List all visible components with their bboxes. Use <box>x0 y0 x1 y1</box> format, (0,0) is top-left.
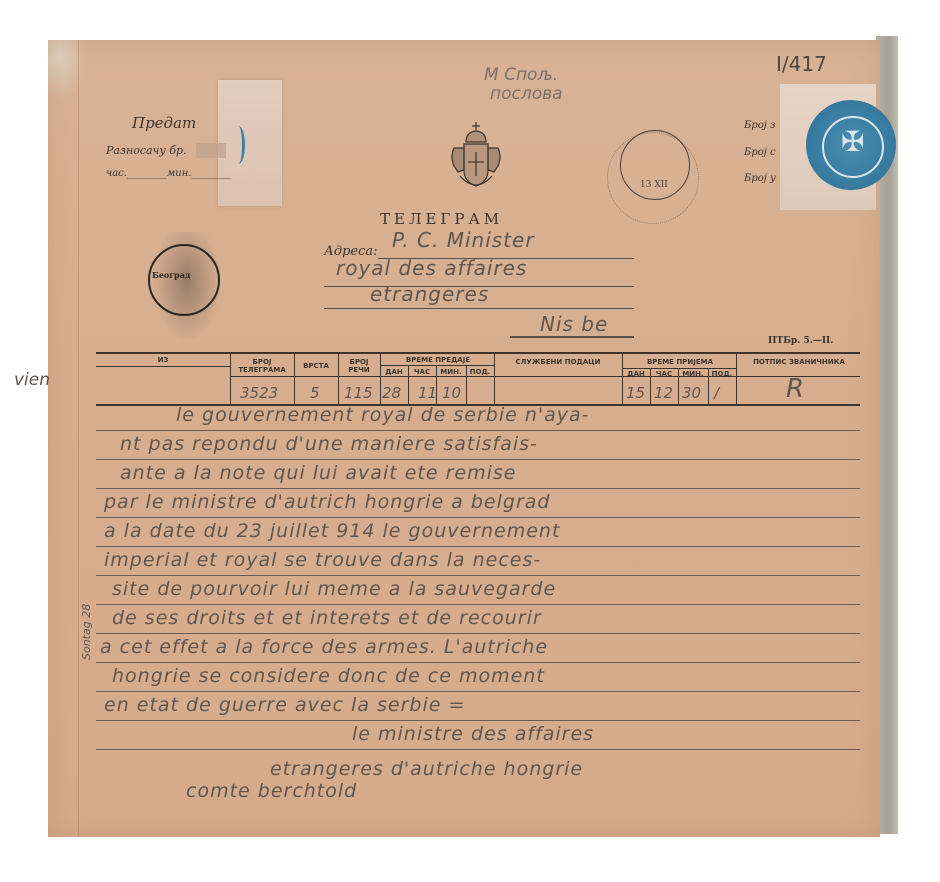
form-code: ПТБр. 5.—II. <box>768 336 833 346</box>
header-vrsta: ВРСТА <box>296 362 336 370</box>
header-prijema-pod: ПОД. <box>708 370 736 378</box>
body-rule <box>96 691 860 692</box>
header-sluzbeni-podaci: СЛУЖБЕНИ ПОДАЦИ <box>496 358 620 366</box>
address-line-4: Nis be <box>540 312 608 336</box>
col-divider <box>294 354 295 404</box>
body-line: imperial et royal se trouve dans la nece… <box>104 549 541 571</box>
fold-line <box>78 40 79 837</box>
pencil-note: М Спољ. послова <box>484 66 563 104</box>
value-prijema-dan: 15 <box>626 384 645 402</box>
pencil-note-line: послова <box>484 85 563 104</box>
table-rule <box>622 368 736 369</box>
body-line-signature-3: comte berchtold <box>186 780 357 802</box>
body-rule <box>96 662 860 663</box>
col-divider <box>230 354 231 404</box>
document-title: ТЕЛЕГРАМ <box>380 210 503 228</box>
value-predaje-min: 10 <box>442 384 461 402</box>
body-line: par le ministre d'autrich hongrie a belg… <box>104 491 550 513</box>
value-predaje-cas: 11 <box>418 384 437 402</box>
seal-fragment-icon <box>232 126 245 164</box>
postmark-date: 13 XII <box>640 180 668 190</box>
postmark-belgrade <box>148 244 220 316</box>
label-time-fields: час.________мин.________ <box>106 168 231 179</box>
postmark-belgrade-text: Београд <box>152 270 190 280</box>
header-broj-reci: БРОЈ РЕЧИ <box>340 358 378 374</box>
body-line: en etat de guerre avec la serbie = <box>104 694 465 716</box>
archive-ref: I/417 <box>776 52 827 76</box>
body-line: a cet effet a la force des armes. L'autr… <box>100 636 548 658</box>
table-rule <box>96 366 230 367</box>
body-line: ante a la note qui lui avait ete remise <box>120 462 516 484</box>
header-potpis: ПОТПИС ЗВАНИЧНИКА <box>738 358 860 366</box>
header-predaje-min: МИН. <box>436 368 466 376</box>
body-rule <box>96 517 860 518</box>
label-raznosacu: Разносачу бр. <box>106 144 187 157</box>
value-potpis: R <box>786 374 804 404</box>
header-vreme-predaje: ВРЕМЕ ПРЕДАЈЕ <box>382 356 494 364</box>
label-predat: Предат <box>132 114 196 132</box>
margin-note: Sontag 28 <box>80 604 93 660</box>
value-prijema-cas: 12 <box>654 384 673 402</box>
header-predaje-pod: ПОД. <box>466 368 494 376</box>
value-iz: vien <box>14 370 50 390</box>
col-divider <box>380 354 381 404</box>
body-rule <box>96 430 860 431</box>
body-line-signature-2: etrangeres d'autriche hongrie <box>270 758 583 780</box>
value-broj-telegrama: 3523 <box>240 384 278 402</box>
body-line: de ses droits et et interets et de recou… <box>112 607 542 629</box>
body-rule <box>96 720 860 721</box>
table-rule <box>230 376 860 377</box>
value-predaje-dan: 28 <box>382 384 401 402</box>
seal-cross-icon: ✠ <box>841 125 864 158</box>
value-prijema-min: 30 <box>682 384 701 402</box>
revenue-stamp-left <box>218 80 282 206</box>
body-line: le gouvernement royal de serbie n'aya- <box>176 404 590 426</box>
header-iz: ИЗ <box>96 356 230 364</box>
body-line-signature-1: le ministre des affaires <box>352 723 594 745</box>
label-broj-3: Број у <box>744 173 776 184</box>
transmission-table: ИЗ БРОЈ ТЕЛЕГРАМА ВРСТА БРОЈ РЕЧИ ВРЕМЕ … <box>96 352 860 406</box>
header-prijema-min: МИН. <box>678 370 708 378</box>
pencil-note-line: М Спољ. <box>484 66 563 85</box>
col-divider <box>622 354 623 404</box>
label-broj-2: Број с <box>744 147 776 158</box>
body-line: site de pourvoir lui meme a la sauvegard… <box>112 578 556 600</box>
label-broj-1: Број з <box>744 120 776 131</box>
header-predaje-dan: ДАН <box>380 368 408 376</box>
raznosacu-box <box>196 143 226 158</box>
coat-of-arms-icon <box>446 120 506 200</box>
body-line: a la date du 23 juillet 914 le gouvernem… <box>104 520 560 542</box>
header-prijema-cas: ЧАС <box>650 370 678 378</box>
body-rule <box>96 488 860 489</box>
body-rule <box>96 459 860 460</box>
header-broj-telegrama: БРОЈ ТЕЛЕГРАМА <box>232 358 292 374</box>
body-rule <box>96 604 860 605</box>
value-broj-reci: 115 <box>344 384 373 402</box>
body-rule <box>96 575 860 576</box>
body-line: hongrie se considere donc de ce moment <box>112 665 545 687</box>
address-line-2: royal des affaires <box>336 256 527 280</box>
value-prijema-pod: / <box>714 384 719 402</box>
header-predaje-cas: ЧАС <box>408 368 436 376</box>
col-divider <box>494 354 495 404</box>
body-rule <box>96 546 860 547</box>
col-divider <box>736 354 737 404</box>
body-line: nt pas repondu d'une maniere satisfais- <box>120 433 538 455</box>
address-rule <box>324 308 634 309</box>
address-line-3: etrangeres <box>370 282 489 306</box>
address-rule <box>510 336 634 338</box>
header-prijema-dan: ДАН <box>622 370 650 378</box>
header-vreme-prijema: ВРЕМЕ ПРИЈЕМА <box>624 358 736 366</box>
body-rule <box>96 749 860 750</box>
table-rule <box>380 365 494 366</box>
value-vrsta: 5 <box>310 384 320 402</box>
body-rule <box>96 633 860 634</box>
col-divider <box>338 354 339 404</box>
address-line-1: P. C. Minister <box>392 228 535 252</box>
